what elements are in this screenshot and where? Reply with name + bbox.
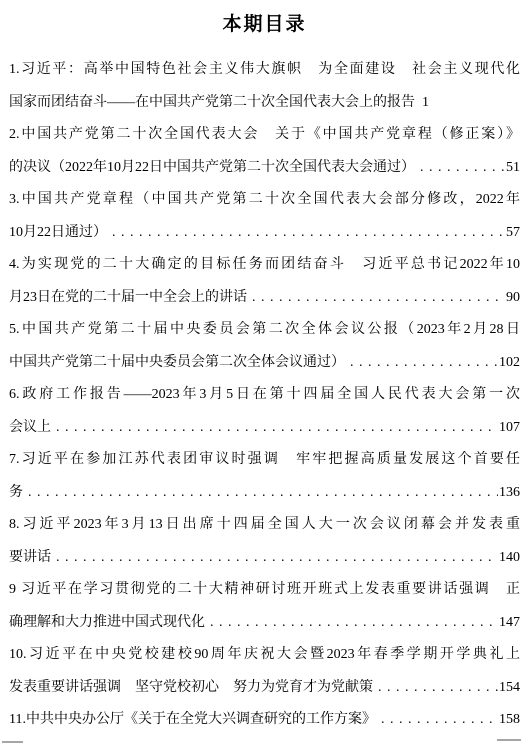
toc-entry-line: 国家而团结奋斗——在中国共产党第二十次全国代表大会上的报告1	[9, 87, 520, 120]
toc-entry-text: 发表重要讲话强调 坚守党校初心 努力为党育才为党献策	[9, 672, 373, 705]
toc-entry-line: 4.为实现党的二十大确定的目标任务而团结奋斗 习近平总书记2022年10	[9, 249, 520, 282]
dot-leader: ........................................…	[112, 217, 505, 250]
document-page: 本期目录 1.习近平：高举中国特色社会主义伟大旗帜 为全面建设 社会主义现代化国…	[0, 0, 529, 745]
toc-entry-text: 5.中国共产党第二十届中央委员会第二次全体会议公报（2023年2月28日	[9, 322, 520, 337]
toc-entry-text: 9 习近平在学习贯彻党的二十大精神研讨班开班式上发表重要讲话强调 正	[9, 582, 520, 597]
scrollbar-fragment-right	[497, 739, 521, 741]
page-number: 57	[506, 217, 520, 250]
toc-entry-9[interactable]: 9 习近平在学习贯彻党的二十大精神研讨班开班式上发表重要讲话强调 正确理解和大力…	[9, 574, 520, 639]
toc-entry-6[interactable]: 6.政府工作报告——2023年3月5日在第十四届全国人民代表大会第一次会议上..…	[9, 379, 520, 444]
toc-entry-text: 会议上	[9, 412, 51, 445]
toc-entry-text: 10.习近平在中央党校建校90周年庆祝大会暨2023年春季学期开学典礼上	[9, 647, 520, 662]
page-number: 1	[422, 87, 429, 120]
toc-entry-line: 8.习近平2023年3月13日出席十四届全国人大一次会议闭幕会并发表重	[9, 509, 520, 542]
toc-entry-11[interactable]: 11.中共中央办公厅《关于在全党大兴调查研究的工作方案》............…	[9, 704, 520, 737]
page-number: 147	[499, 607, 520, 640]
toc-entry-7[interactable]: 7.习近平在参加江苏代表团审议时强调 牢牢把握高质量发展这个首要任务......…	[9, 444, 520, 509]
toc-entry-text: 务	[9, 477, 23, 510]
toc-entry-text: 确理解和大力推进中国式现代化	[9, 607, 205, 640]
scrollbar-fragment-left	[2, 741, 23, 743]
page-title: 本期目录	[0, 13, 529, 37]
toc-entry-text: 要讲话	[9, 542, 51, 575]
toc-entry-5[interactable]: 5.中国共产党第二十届中央委员会第二次全体会议公报（2023年2月28日中国共产…	[9, 314, 520, 379]
dot-leader: ........................................…	[210, 607, 498, 640]
toc-entry-line: 10月22日通过）...............................…	[9, 217, 520, 250]
page-number: 154	[499, 672, 520, 705]
toc-entry-line: 发表重要讲话强调 坚守党校初心 努力为党育才为党献策..............…	[9, 672, 520, 705]
page-number: 140	[499, 542, 520, 575]
toc-entry-text: 2.中国共产党第二十次全国代表大会 关于《中国共产党章程（修正案）》	[9, 127, 520, 142]
page-number: 136	[499, 477, 520, 510]
toc-entry-8[interactable]: 8.习近平2023年3月13日出席十四届全国人大一次会议闭幕会并发表重要讲话..…	[9, 509, 520, 574]
toc-entry-line: 月23日在党的二十届一中全会上的讲话......................…	[9, 282, 520, 315]
toc-entry-line: 9 习近平在学习贯彻党的二十大精神研讨班开班式上发表重要讲话强调 正	[9, 574, 520, 607]
page-number: 90	[506, 282, 520, 315]
dot-leader: ........................................…	[28, 477, 498, 510]
toc-entry-text: 6.政府工作报告——2023年3月5日在第十四届全国人民代表大会第一次	[9, 387, 520, 402]
page-number: 158	[499, 704, 520, 737]
toc-entry-line: 11.中共中央办公厅《关于在全党大兴调查研究的工作方案》............…	[9, 704, 520, 737]
page-number: 102	[499, 347, 520, 380]
toc-entry-text: 月23日在党的二十届一中全会上的讲话	[9, 282, 247, 315]
toc-entry-text: 7.习近平在参加江苏代表团审议时强调 牢牢把握高质量发展这个首要任	[9, 452, 520, 467]
dot-leader: ........................................…	[381, 704, 498, 737]
toc-entry-1[interactable]: 1.习近平：高举中国特色社会主义伟大旗帜 为全面建设 社会主义现代化国家而团结奋…	[9, 54, 520, 119]
toc-entry-line: 的决议（2022年10月22日中国共产党第二十次全国代表大会通过）.......…	[9, 152, 520, 185]
toc-list: 1.习近平：高举中国特色社会主义伟大旗帜 为全面建设 社会主义现代化国家而团结奋…	[0, 54, 529, 737]
toc-entry-text: 中国共产党第二十届中央委员会第二次全体会议通过）	[9, 347, 345, 380]
toc-entry-line: 1.习近平：高举中国特色社会主义伟大旗帜 为全面建设 社会主义现代化	[9, 54, 520, 87]
toc-entry-line: 7.习近平在参加江苏代表团审议时强调 牢牢把握高质量发展这个首要任	[9, 444, 520, 477]
toc-entry-line: 10.习近平在中央党校建校90周年庆祝大会暨2023年春季学期开学典礼上	[9, 639, 520, 672]
toc-entry-10[interactable]: 10.习近平在中央党校建校90周年庆祝大会暨2023年春季学期开学典礼上发表重要…	[9, 639, 520, 704]
dot-leader: ........................................…	[378, 672, 498, 705]
toc-entry-line: 中国共产党第二十届中央委员会第二次全体会议通过）................…	[9, 347, 520, 380]
dot-leader: ........................................…	[420, 152, 505, 185]
toc-entry-text: 11.中共中央办公厅《关于在全党大兴调查研究的工作方案》	[9, 704, 376, 737]
dot-leader: ........................................…	[56, 412, 498, 445]
toc-entry-line: 3.中国共产党章程（中国共产党第二十次全国代表大会部分修改，2022年	[9, 184, 520, 217]
toc-entry-text: 3.中国共产党章程（中国共产党第二十次全国代表大会部分修改，2022年	[9, 192, 520, 207]
toc-entry-text: 8.习近平2023年3月13日出席十四届全国人大一次会议闭幕会并发表重	[9, 517, 520, 532]
toc-entry-2[interactable]: 2.中国共产党第二十次全国代表大会 关于《中国共产党章程（修正案）》的决议（20…	[9, 119, 520, 184]
toc-entry-line: 会议上.....................................…	[9, 412, 520, 445]
toc-entry-text: 4.为实现党的二十大确定的目标任务而团结奋斗 习近平总书记2022年10	[9, 257, 520, 272]
toc-entry-4[interactable]: 4.为实现党的二十大确定的目标任务而团结奋斗 习近平总书记2022年10月23日…	[9, 249, 520, 314]
toc-entry-3[interactable]: 3.中国共产党章程（中国共产党第二十次全国代表大会部分修改，2022年10月22…	[9, 184, 520, 249]
page-number: 51	[506, 152, 520, 185]
dot-leader: ........................................…	[56, 542, 498, 575]
toc-entry-line: 6.政府工作报告——2023年3月5日在第十四届全国人民代表大会第一次	[9, 379, 520, 412]
dot-leader: ........................................…	[252, 282, 505, 315]
toc-entry-line: 务.......................................…	[9, 477, 520, 510]
toc-entry-text: 1.习近平：高举中国特色社会主义伟大旗帜 为全面建设 社会主义现代化	[9, 62, 520, 77]
toc-entry-text: 10月22日通过）	[9, 217, 107, 250]
toc-entry-text: 的决议（2022年10月22日中国共产党第二十次全国代表大会通过）	[9, 152, 415, 185]
toc-entry-line: 2.中国共产党第二十次全国代表大会 关于《中国共产党章程（修正案）》	[9, 119, 520, 152]
toc-entry-line: 5.中国共产党第二十届中央委员会第二次全体会议公报（2023年2月28日	[9, 314, 520, 347]
page-number: 107	[499, 412, 520, 445]
dot-leader: ........................................…	[350, 347, 498, 380]
toc-entry-line: 确理解和大力推进中国式现代化..........................…	[9, 607, 520, 640]
toc-entry-text: 国家而团结奋斗——在中国共产党第二十次全国代表大会上的报告	[9, 87, 415, 120]
toc-entry-line: 要讲话.....................................…	[9, 542, 520, 575]
